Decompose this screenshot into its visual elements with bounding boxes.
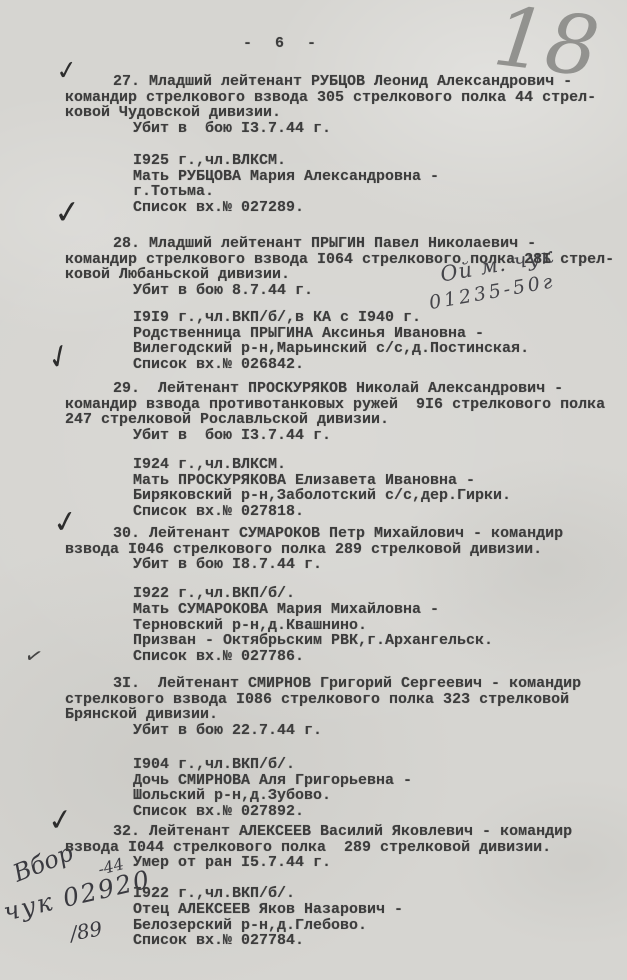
entry-detail-line: I904 г.,чл.ВКП/б/.: [65, 757, 625, 773]
entry-details: I924 г.,чл.ВЛКСМ. Мать ПРОСКУРЯКОВА Елиз…: [65, 457, 625, 520]
entry-detail-line: Родственница ПРЫГИНА Аксинья Ивановна -: [65, 326, 625, 342]
checkmark-annotation: ✓: [22, 644, 45, 669]
entry-detail-line: Призван - Октябрьским РВК,г.Архангельск.: [65, 633, 625, 649]
entry-details: I925 г.,чл.ВЛКСМ. Мать РУБЦОВА Мария Але…: [65, 153, 625, 216]
entry-death-line: Убит в бою 8.7.44 г.: [65, 283, 625, 299]
entry-detail-line: Мать РУБЦОВА Мария Александровна -: [65, 169, 625, 185]
entry-detail-line: Вилегодский р-н,Марьинский с/с,д.Постинс…: [65, 341, 625, 357]
casualty-entry-31: 3I. Лейтенант СМИРНОВ Григорий Сергеевич…: [65, 676, 625, 820]
entry-detail-line: Дочь СМИРНОВА Аля Григорьевна -: [65, 773, 625, 789]
entry-detail-line: Терновский р-н,д.Квашнино.: [65, 618, 625, 634]
entry-text-line: 30. Лейтенант СУМАРОКОВ Петр Михайлович …: [65, 526, 625, 542]
entry-details: I9I9 г.,чл.ВКП/б/,в КА с I940 г. Родстве…: [65, 310, 625, 373]
entry-details: I904 г.,чл.ВКП/б/. Дочь СМИРНОВА Аля Гри…: [65, 757, 625, 820]
entry-text-line: ковой Чудовской дивизии.: [65, 105, 625, 121]
entry-death-line: Убит в бою 22.7.44 г.: [65, 723, 625, 739]
entry-details: I922 г.,чл.ВКП/б/. Отец АЛЕКСЕЕВ Яков На…: [65, 886, 625, 949]
casualty-entry-32: 32. Лейтенант АЛЕКСЕЕВ Василий Яковлевич…: [65, 824, 625, 949]
entry-detail-line: Белозерский р-н,д.Глебово.: [65, 918, 625, 934]
entry-detail-line: Список вх.№ 027892.: [65, 804, 625, 820]
casualty-entry-28: 28. Младший лейтенант ПРЫГИН Павел Никол…: [65, 236, 625, 373]
entry-detail-line: Отец АЛЕКСЕЕВ Яков Назарович -: [65, 902, 625, 918]
entry-detail-line: I925 г.,чл.ВЛКСМ.: [65, 153, 625, 169]
entry-death-line: Убит в бою I3.7.44 г.: [65, 121, 625, 137]
entry-text-line: ковой Любаньской дивизии.: [65, 267, 625, 283]
entry-detail-line: Список вх.№ 027786.: [65, 649, 625, 665]
entry-text-line: 3I. Лейтенант СМИРНОВ Григорий Сергеевич…: [65, 676, 625, 692]
entry-death-line: Убит в бою I3.7.44 г.: [65, 428, 625, 444]
entry-detail-line: I922 г.,чл.ВКП/б/.: [65, 586, 625, 602]
page-number: - 6 -: [243, 35, 317, 52]
entry-details: I922 г.,чл.ВКП/б/. Мать СУМАРОКОВА Мария…: [65, 586, 625, 665]
scanned-document-page: - 6 - 18 ✓ ✓ ✓ ✓ ✓ ✓ Ой м. чук 01235-50г…: [0, 0, 627, 980]
entry-detail-line: г.Тотьма.: [65, 184, 625, 200]
entry-detail-line: I9I9 г.,чл.ВКП/б/,в КА с I940 г.: [65, 310, 625, 326]
casualty-entry-30: 30. Лейтенант СУМАРОКОВ Петр Михайлович …: [65, 526, 625, 665]
entry-detail-line: Мать ПРОСКУРЯКОВА Елизавета Ивановна -: [65, 473, 625, 489]
entry-detail-line: Список вх.№ 027289.: [65, 200, 625, 216]
entry-detail-line: Список вх.№ 026842.: [65, 357, 625, 373]
entry-death-line: Умер от ран I5.7.44 г.: [65, 855, 625, 871]
entry-text-line: Брянской дивизии.: [65, 707, 625, 723]
entry-text-line: 28. Младший лейтенант ПРЫГИН Павел Никол…: [65, 236, 625, 252]
entry-detail-line: I924 г.,чл.ВЛКСМ.: [65, 457, 625, 473]
entry-text-line: 27. Младший лейтенант РУБЦОВ Леонид Алек…: [65, 74, 625, 90]
entry-death-line: Убит в бою I8.7.44 г.: [65, 557, 625, 573]
entry-detail-line: Мать СУМАРОКОВА Мария Михайловна -: [65, 602, 625, 618]
entry-text-line: взвода I044 стрелкового полка 289 стрелк…: [65, 840, 625, 856]
entry-text-line: 32. Лейтенант АЛЕКСЕЕВ Василий Яковлевич…: [65, 824, 625, 840]
casualty-entry-27: 27. Младший лейтенант РУБЦОВ Леонид Алек…: [65, 74, 625, 216]
entry-detail-line: Биряковский р-н,Заболотский с/с,дер.Гирк…: [65, 488, 625, 504]
entry-detail-line: Список вх.№ 027818.: [65, 504, 625, 520]
entry-detail-line: Шольский р-н,д.Зубово.: [65, 788, 625, 804]
entry-detail-line: I922 г.,чл.ВКП/б/.: [65, 886, 625, 902]
entry-text-line: 29. Лейтенант ПРОСКУРЯКОВ Николай Алекса…: [65, 381, 625, 397]
casualty-entry-29: 29. Лейтенант ПРОСКУРЯКОВ Николай Алекса…: [65, 381, 625, 520]
entry-detail-line: Список вх.№ 027784.: [65, 933, 625, 949]
entry-text-line: 247 стрелковой Рославльской дивизии.: [65, 412, 625, 428]
